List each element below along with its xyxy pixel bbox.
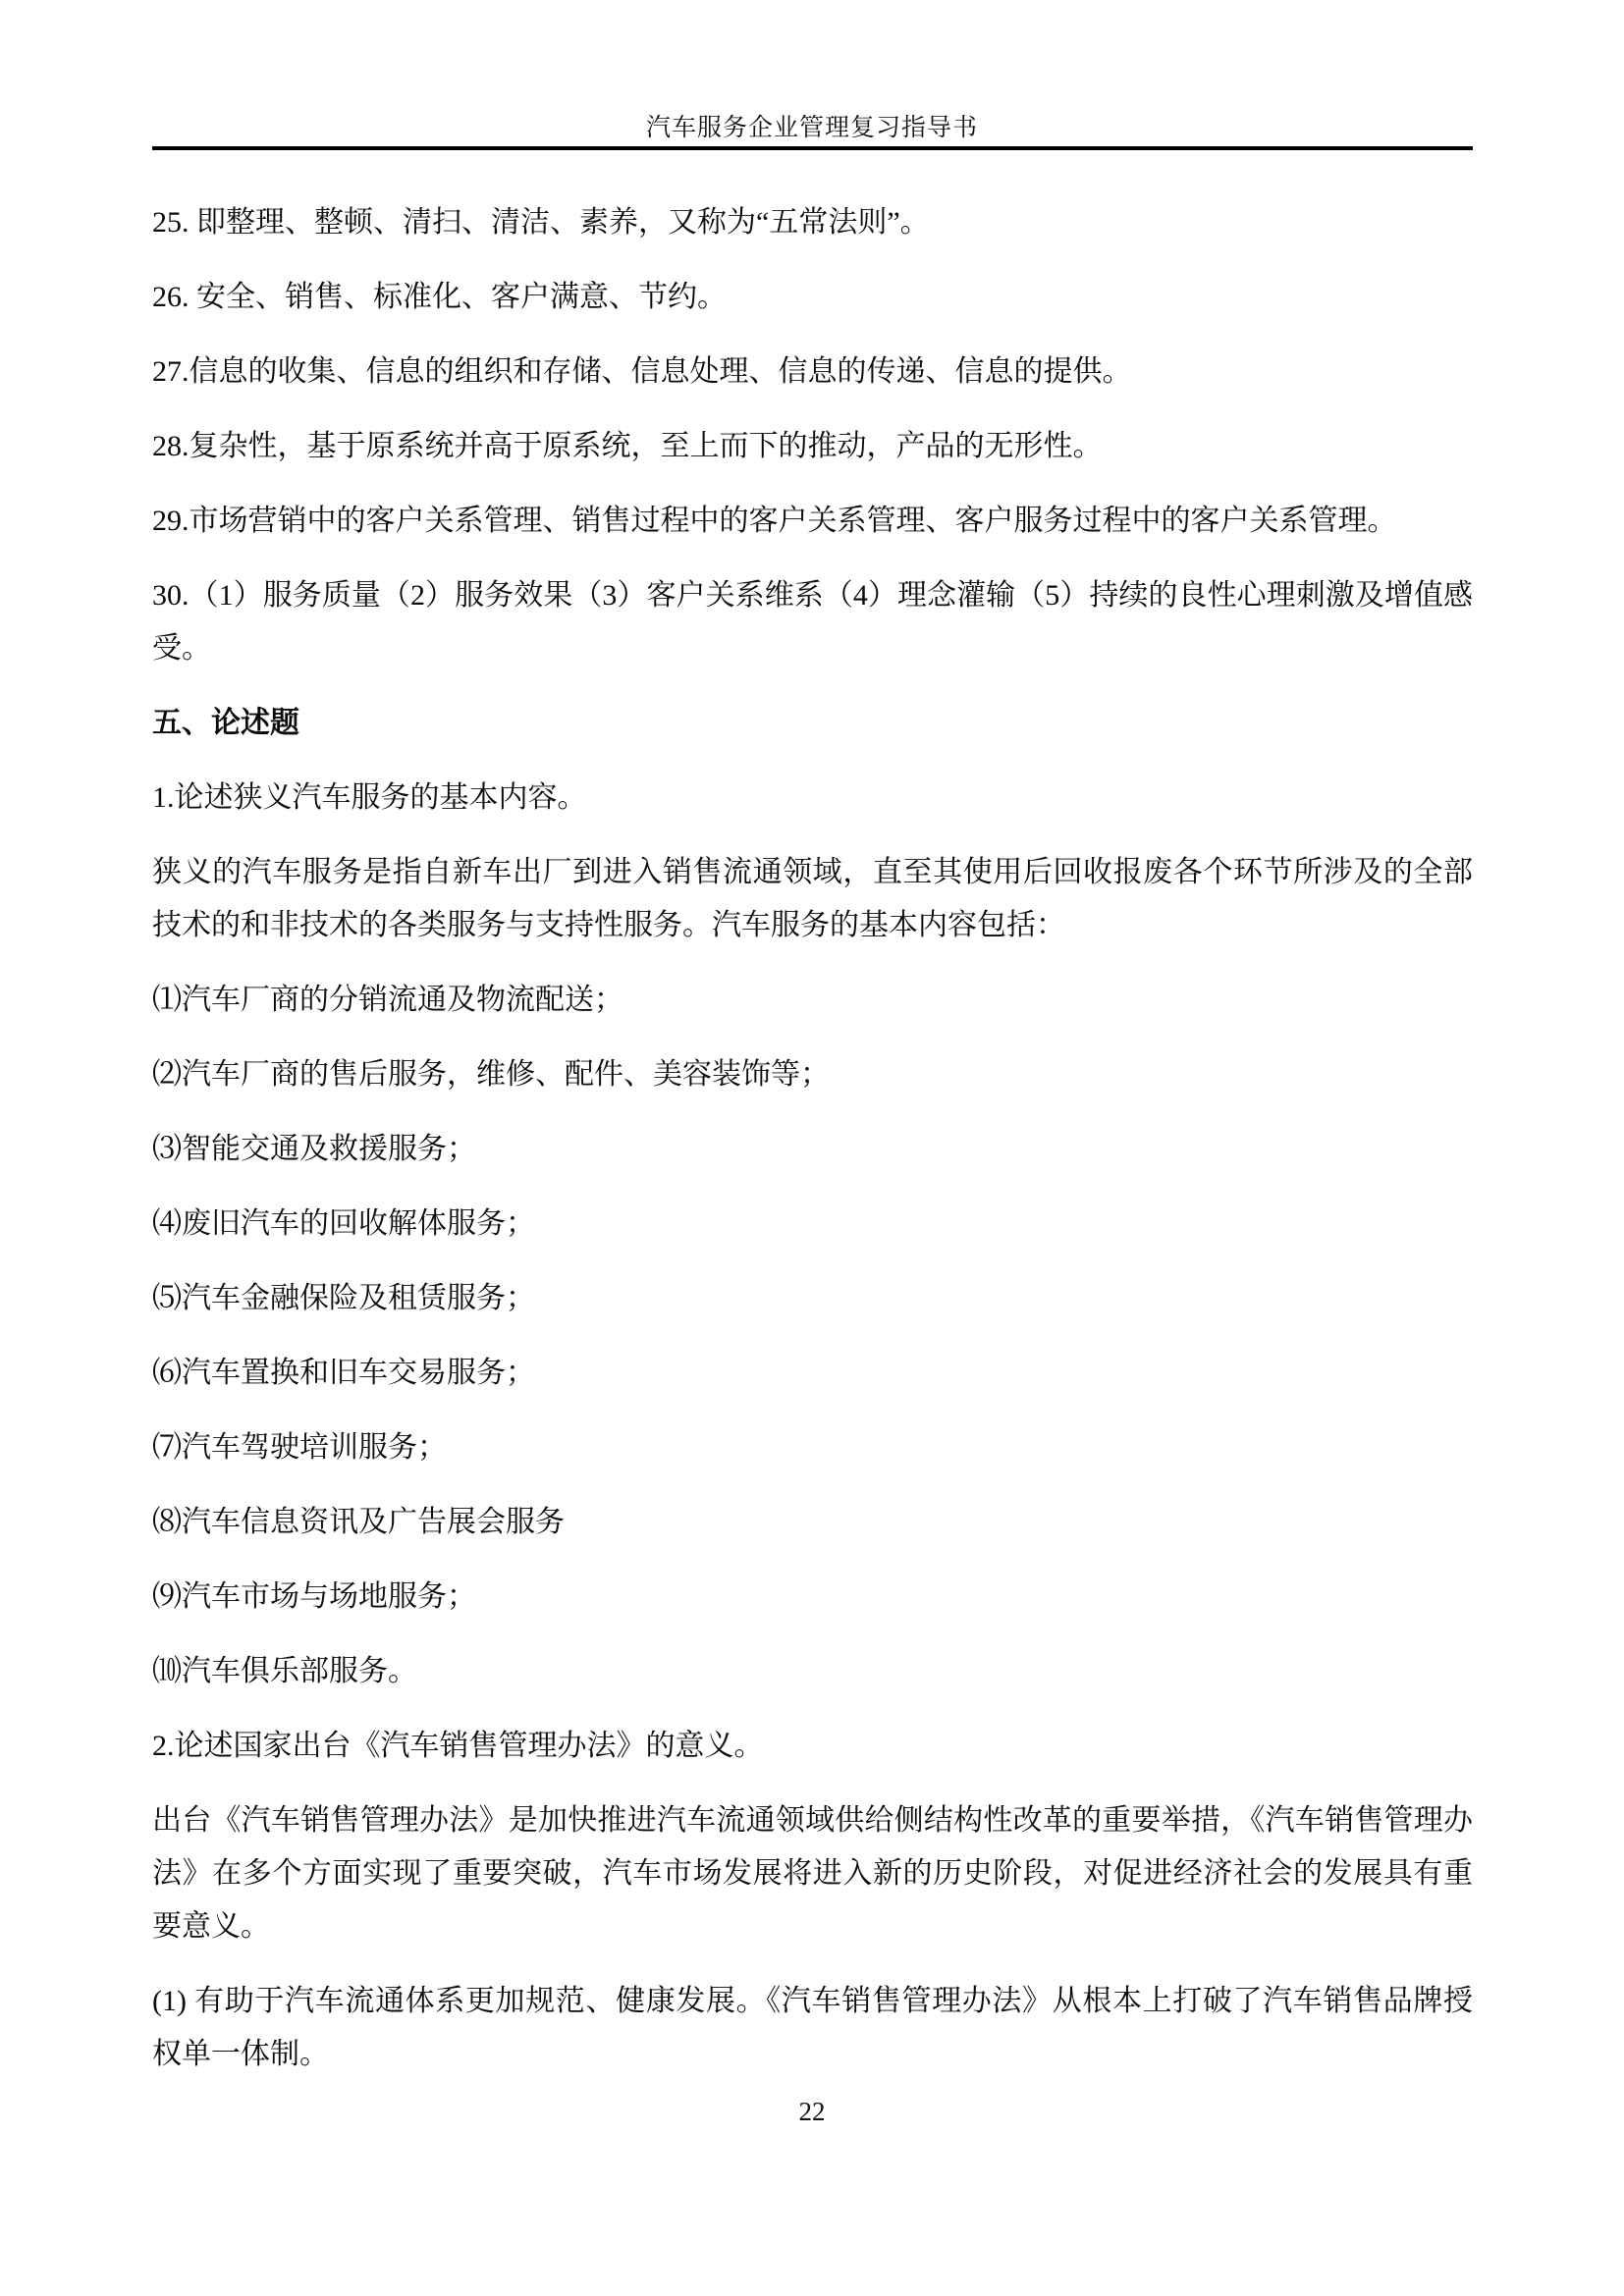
short-answer-29: 29.市场营销中的客户关系管理、销售过程中的客户关系管理、客户服务过程中的客户关… — [152, 495, 1473, 548]
page-header-title: 汽车服务企业管理复习指导书 — [0, 114, 1624, 143]
short-answer-27: 27.信息的收集、信息的组织和存储、信息处理、信息的传递、信息的提供。 — [152, 346, 1473, 399]
essay2-answer-paragraph-2: (1) 有助于汽车流通体系更加规范、健康发展。《汽车销售管理办法》从根本上打破了… — [152, 1975, 1473, 2081]
essay1-item-2: ⑵汽车厂商的售后服务，维修、配件、美容装饰等； — [152, 1048, 1473, 1101]
section-heading-essay-questions: 五、论述题 — [152, 697, 1473, 750]
short-answer-25: 25. 即整理、整顿、清扫、清洁、素养，又称为“五常法则”。 — [152, 196, 1473, 249]
header-rule — [152, 146, 1473, 150]
document-body: 25. 即整理、整顿、清扫、清洁、素养，又称为“五常法则”。 26. 安全、销售… — [152, 196, 1473, 2103]
essay2-answer-paragraph-1: 出台《汽车销售管理办法》是加快推进汽车流通领域供给侧结构性改革的重要举措，《汽车… — [152, 1794, 1473, 1953]
essay1-item-7: ⑺汽车驾驶培训服务； — [152, 1421, 1473, 1474]
short-answer-30: 30.（1）服务质量（2）服务效果（3）客户关系维系（4）理念灌输（5）持续的良… — [152, 569, 1473, 675]
essay1-item-6: ⑹汽车置换和旧车交易服务； — [152, 1347, 1473, 1400]
essay1-item-10: ⑽汽车俱乐部服务。 — [152, 1645, 1473, 1698]
essay1-item-5: ⑸汽车金融保险及租赁服务； — [152, 1272, 1473, 1325]
essay1-item-9: ⑼汽车市场与场地服务； — [152, 1571, 1473, 1624]
essay1-item-3: ⑶智能交通及救援服务； — [152, 1123, 1473, 1176]
essay1-item-8: ⑻汽车信息资讯及广告展会服务 — [152, 1496, 1473, 1549]
short-answer-26: 26. 安全、销售、标准化、客户满意、节约。 — [152, 271, 1473, 324]
document-page: 汽车服务企业管理复习指导书 25. 即整理、整顿、清扫、清洁、素养，又称为“五常… — [0, 0, 1624, 2296]
essay1-question: 1.论述狭义汽车服务的基本内容。 — [152, 772, 1473, 825]
short-answer-28: 28.复杂性，基于原系统并高于原系统，至上而下的推动，产品的无形性。 — [152, 420, 1473, 473]
essay1-intro: 狭义的汽车服务是指自新车出厂到进入销售流通领域，直至其使用后回收报废各个环节所涉… — [152, 846, 1473, 952]
essay1-item-1: ⑴汽车厂商的分销流通及物流配送； — [152, 974, 1473, 1027]
essay2-question: 2.论述国家出台《汽车销售管理办法》的意义。 — [152, 1720, 1473, 1773]
page-number: 22 — [0, 2099, 1624, 2125]
essay1-item-4: ⑷废旧汽车的回收解体服务； — [152, 1198, 1473, 1251]
